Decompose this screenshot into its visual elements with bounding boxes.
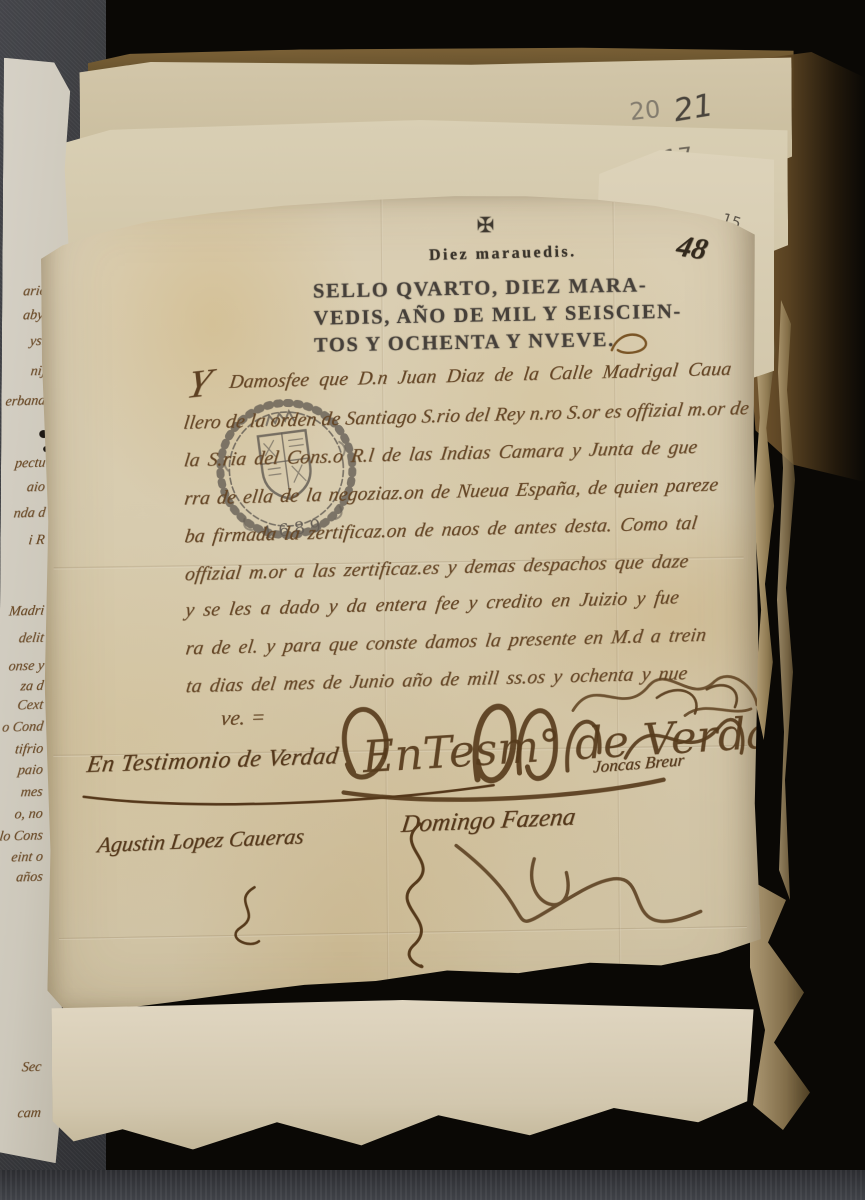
handwriting-fragment: años [15, 870, 43, 887]
archival-photo-scene: 20 21 17 49 15 ario aby. ysi nij erband … [0, 0, 865, 1200]
manuscript-page: 1689 ✠ Diez marauedis. SELLO QVARTO, DIE… [40, 187, 761, 1015]
pencil-folio-number: 20 [628, 95, 661, 126]
handwriting-fragment: pectu [14, 456, 46, 473]
handwriting-fragment: aio [26, 480, 46, 496]
handwriting-fragment: onse y [7, 658, 44, 675]
small-rubric-flourish-icon [214, 879, 279, 960]
ink-folio-number: 21 [671, 87, 716, 129]
handwriting-fragment: Cext [17, 698, 45, 715]
fabric-backdrop-bottom [0, 1170, 865, 1200]
handwriting-fragment: nda d [12, 506, 45, 523]
handwriting-fragment: tifrio [14, 742, 44, 759]
maltese-cross-icon: ✠ [477, 213, 495, 237]
handwriting-fragment: i R [28, 533, 46, 549]
handwriting-fragment: mes [20, 785, 44, 802]
handwriting-fragment: lo Cons [0, 828, 43, 845]
ink-flourish-icon [608, 328, 654, 360]
handwriting-fragment: o, no [14, 807, 44, 824]
handwriting-fragment: paio [17, 763, 44, 780]
handwriting-fragment: Sec [20, 1060, 41, 1077]
body-closing: ve. = [219, 705, 267, 731]
handwriting-fragment: delit [18, 631, 45, 648]
upper-right-flourish-icon [565, 665, 766, 731]
handwriting-fragment: erband [5, 393, 47, 410]
handwriting-fragment: eint o [10, 850, 43, 867]
handwriting-fragment: o Cond [1, 719, 44, 736]
page-bottom-flap [51, 998, 754, 1151]
tax-denomination-line: Diez marauedis. [429, 243, 577, 265]
handwriting-fragment: Madri [8, 603, 45, 620]
handwriting-fragment: za d [20, 679, 45, 696]
descender-loops-flourish-icon [438, 827, 719, 969]
handwriting-fragment: cam [16, 1106, 41, 1123]
